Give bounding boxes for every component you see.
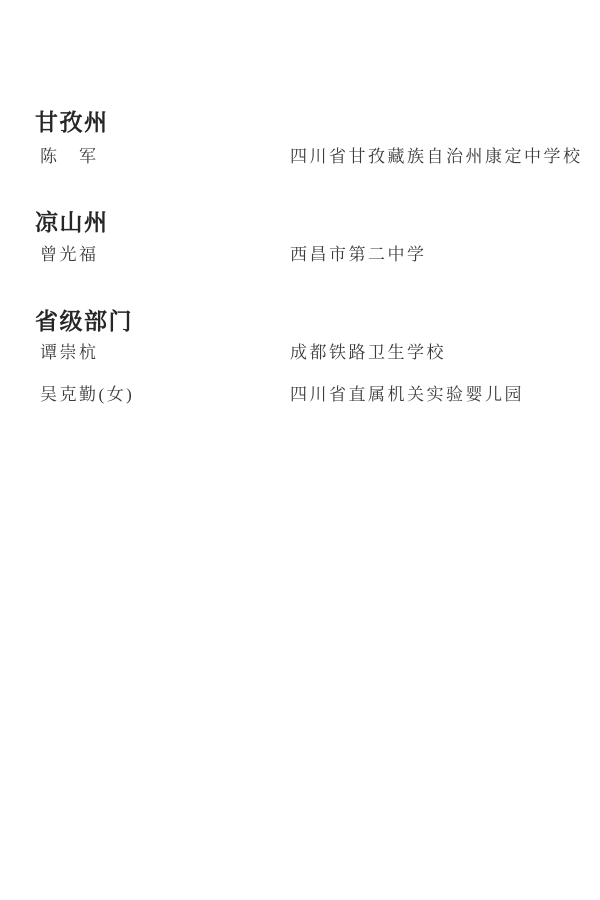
organization-name: 成都铁路卫生学校 [290,343,600,363]
document-page: 甘孜州 陈 军 四川省甘孜藏族自治州康定中学校 凉山州 曾光福 西昌市第二中学 … [0,0,600,900]
section-liangshan-prefecture: 凉山州 曾光福 西昌市第二中学 [0,210,600,265]
person-name: 吴克勤(女) [40,385,290,405]
section-heading: 凉山州 [35,210,600,234]
organization-name: 四川省直属机关实验婴儿园 [290,385,600,405]
entry-row: 谭崇杭 成都铁路卫生学校 [40,343,600,363]
entry-row: 曾光福 西昌市第二中学 [40,245,600,265]
person-name: 陈 军 [40,147,290,167]
entry-row: 吴克勤(女) 四川省直属机关实验婴儿园 [40,385,600,405]
person-name: 曾光福 [40,245,290,265]
section-provincial-departments: 省级部门 谭崇杭 成都铁路卫生学校 吴克勤(女) 四川省直属机关实验婴儿园 [0,309,600,405]
section-ganzi-prefecture: 甘孜州 陈 军 四川省甘孜藏族自治州康定中学校 [0,110,600,167]
entry-row: 陈 军 四川省甘孜藏族自治州康定中学校 [40,147,600,167]
person-name: 谭崇杭 [40,343,290,363]
section-heading: 甘孜州 [35,110,600,134]
section-heading: 省级部门 [35,309,600,333]
organization-name: 西昌市第二中学 [290,245,600,265]
organization-name: 四川省甘孜藏族自治州康定中学校 [290,147,600,167]
